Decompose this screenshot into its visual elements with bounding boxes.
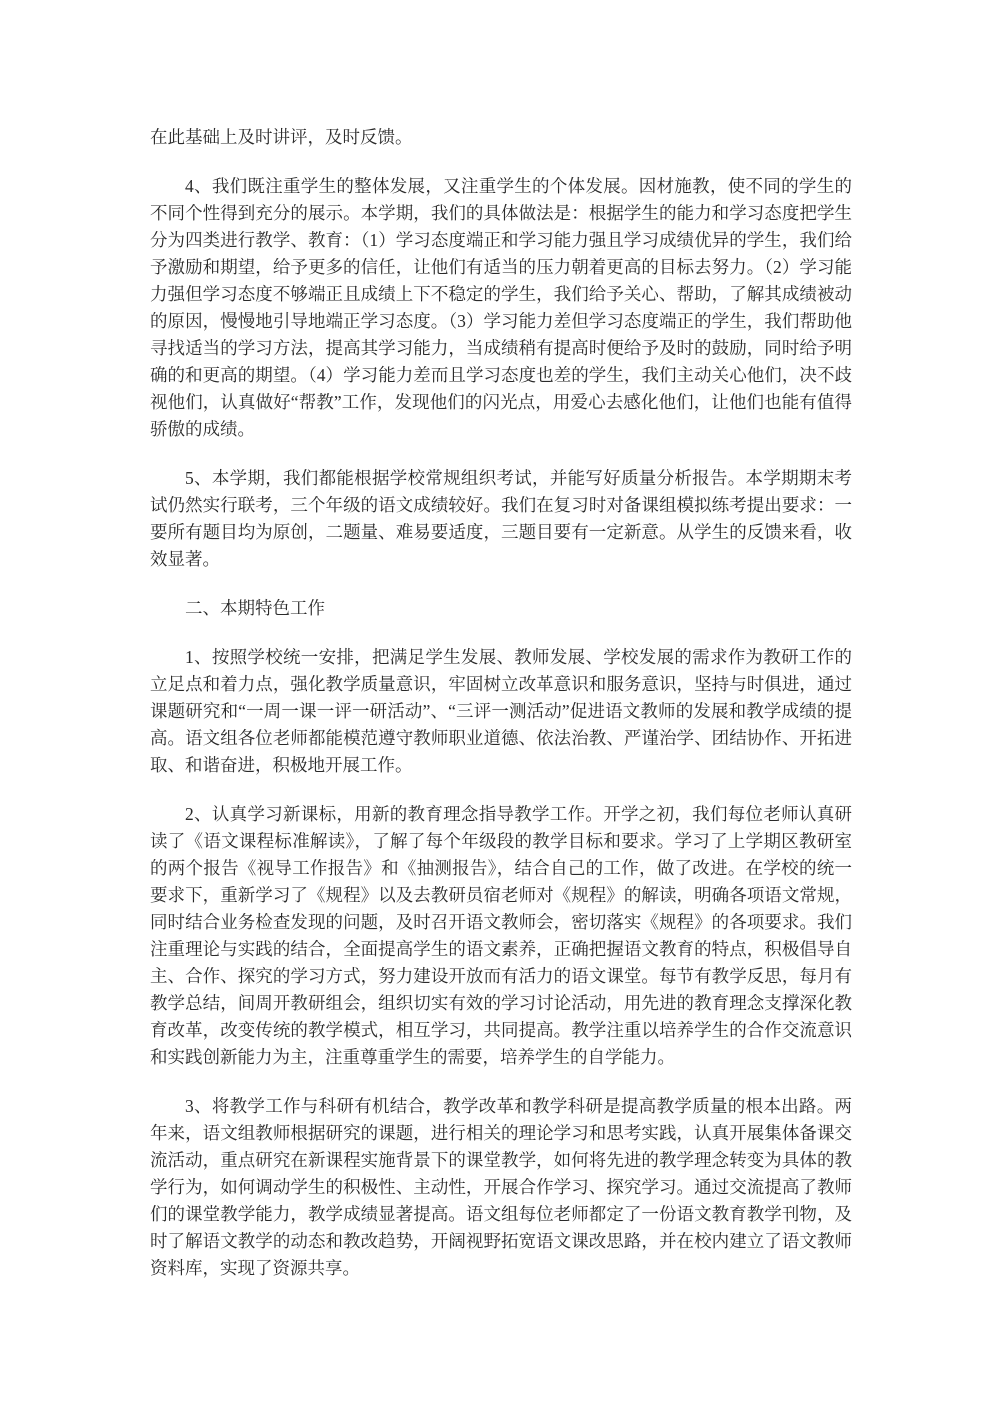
paragraph-item-4: 4、我们既注重学生的整体发展，又注重学生的个体发展。因材施教，使不同的学生的不同… — [150, 173, 852, 443]
document-body: 在此基础上及时讲评，及时反馈。 4、我们既注重学生的整体发展，又注重学生的个体发… — [150, 124, 852, 1304]
paragraph-feature-3: 3、将教学工作与科研有机结合，教学改革和教学科研是提高教学质量的根本出路。两年来… — [150, 1093, 852, 1282]
section-heading: 二、本期特色工作 — [150, 595, 852, 622]
document-page: 在此基础上及时讲评，及时反馈。 4、我们既注重学生的整体发展，又注重学生的个体发… — [0, 0, 1000, 1415]
paragraph-continuation: 在此基础上及时讲评，及时反馈。 — [150, 124, 852, 151]
paragraph-feature-2: 2、认真学习新课标，用新的教育理念指导教学工作。开学之初，我们每位老师认真研读了… — [150, 801, 852, 1071]
paragraph-item-5: 5、本学期，我们都能根据学校常规组织考试，并能写好质量分析报告。本学期期末考试仍… — [150, 465, 852, 573]
paragraph-feature-1: 1、按照学校统一安排，把满足学生发展、教师发展、学校发展的需求作为教研工作的立足… — [150, 644, 852, 779]
